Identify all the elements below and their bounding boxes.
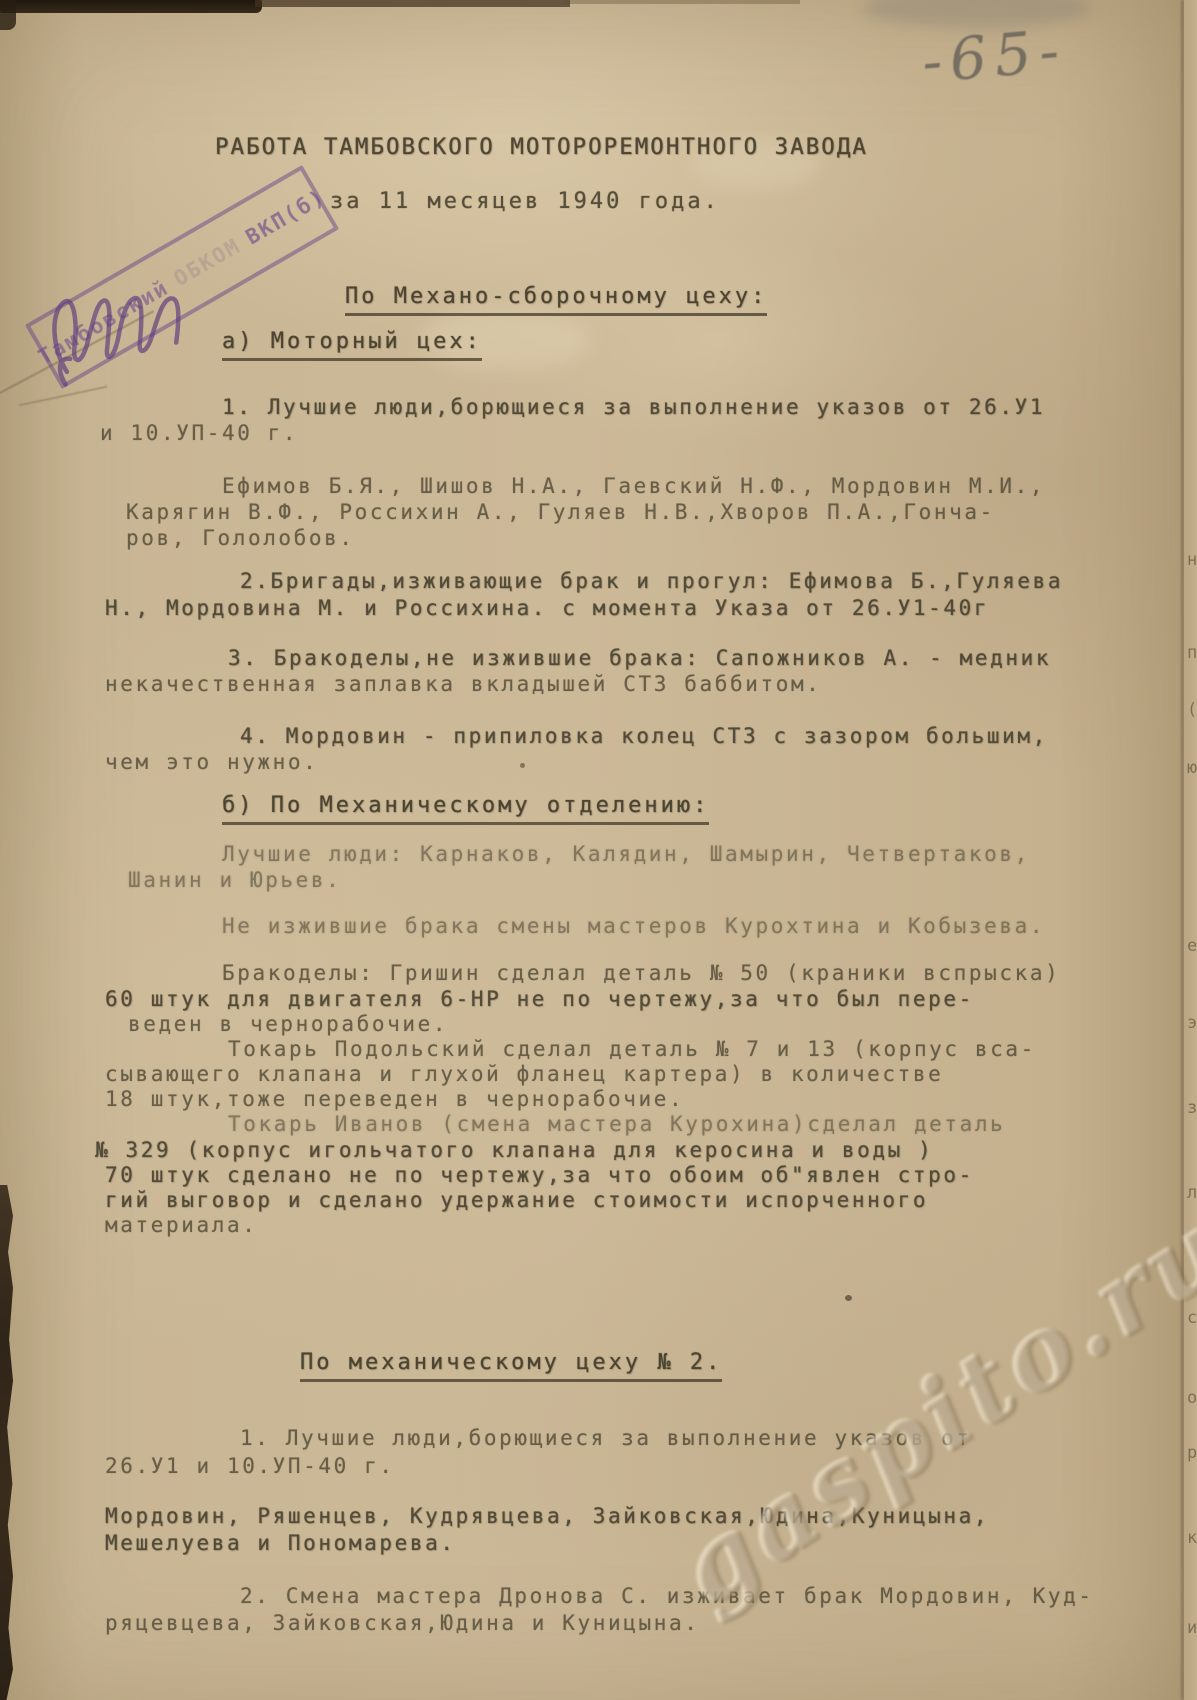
scan-artifact: р [1187,1443,1197,1463]
scan-artifact: ( [1187,700,1197,720]
text-line: 4. Мордовин - припиловка колец СТЗ с заз… [240,726,1048,747]
section-heading: По механическому цеху № 2. [300,1352,722,1382]
text-line: Токарь Иванов (смена мастера Курохина)сд… [228,1114,1005,1135]
text-line: 70 штук сделано не по чертежу,за что обо… [105,1165,974,1186]
scan-artifact: н [1187,550,1197,570]
scan-artifact [0,0,262,13]
text-line: 60 штук для двигателя 6-НР не по чертежу… [105,989,974,1010]
scan-artifact: к [1187,1528,1197,1548]
document-subtitle: за 11 месяцев 1940 года. [330,189,720,214]
scan-artifact [255,0,570,7]
text-line: Ефимов Б.Я., Шишов Н.А., Гаевский Н.Ф., … [222,476,1045,497]
text-line: ров, Гололобов. [126,528,355,549]
text-line: 1. Лучшие люди,борющиеся за выполнение у… [222,397,1045,418]
section-heading: а) Моторный цех: [222,331,482,361]
text-line: сывающего клапана и глухой фланец картер… [105,1064,943,1085]
text-line: Н., Мордовина М. и Россихина. с момента … [105,598,989,619]
text-line: ряцевцева, Зайковская,Юдина и Куницына. [105,1613,699,1634]
text-line: 3. Бракоделы,не изжившие брака: Сапожник… [228,648,1051,669]
scan-artifact: и [1187,1618,1197,1638]
page-edge-fragments: нп(юеэзлсорки [1185,0,1197,1700]
text-line: Токарь Подольский сделал деталь № 7 и 13… [228,1039,1036,1060]
text-line: Карягин В.Ф., Россихин А., Гуляев Н.В.,Х… [126,502,995,523]
section-heading: б) По Механическому отделению: [222,795,709,825]
scan-artifact: п [1187,643,1197,663]
text-line: 2. Смена мастера Дронова С. изживает бра… [240,1586,1094,1607]
text-line: веден в чернорабочие. [128,1014,448,1035]
text-line: некачественная заплавка вкладышей СТЗ ба… [105,674,821,695]
scan-artifact [565,0,800,4]
text-line: № 329 (корпус игольчатого клапана для ке… [95,1140,933,1161]
scan-artifact [520,763,525,768]
scan-artifact: ю [1187,758,1197,778]
scan-artifact: з [1187,1098,1197,1118]
text-line: и 10.УП-40 г. [100,423,298,444]
scan-artifact [0,1185,13,1700]
text-line: 26.У1 и 10.УП-40 г. [105,1456,395,1477]
stamp-text: ВКП(б) [242,185,330,250]
document-title: РАБОТА ТАМБОВСКОГО МОТОРОРЕМОНТНОГО ЗАВО… [215,134,868,160]
text-line: Не изжившие брака смены мастеров Курохти… [222,916,1045,937]
scan-artifact: э [1187,1013,1197,1033]
text-line: 2.Бригады,изживающие брак и прогул: Ефим… [240,571,1063,592]
page-number: -65- [919,16,1069,96]
scan-artifact [845,1295,852,1301]
text-line: Лучшие люди: Карнаков, Калядин, Шамырин,… [222,844,1030,865]
scan-artifact [0,0,16,30]
text-line: материала. [105,1215,257,1236]
text-line: 18 штук,тоже переведен в чернорабочие. [105,1089,684,1110]
scan-artifact: е [1187,936,1197,956]
section-heading: По Механо-сборочному цеху: [345,286,767,316]
document-page: нп(юеэзлсорки -65- РАБОТА ТАМБОВСКОГО МО… [0,0,1197,1700]
text-line: Шанин и Юрьев. [128,870,341,891]
text-line: Бракоделы: Гришин сделал деталь № 50 (кр… [222,963,1060,984]
text-line: Мешелуева и Пономарева. [105,1533,456,1554]
text-line: чем это нужно. [105,752,318,773]
watermark: gaspito.ru [658,1186,1197,1628]
text-line: гий выговор и сделано удержание стоимост… [105,1190,928,1211]
scan-artifact: о [1187,1388,1197,1408]
